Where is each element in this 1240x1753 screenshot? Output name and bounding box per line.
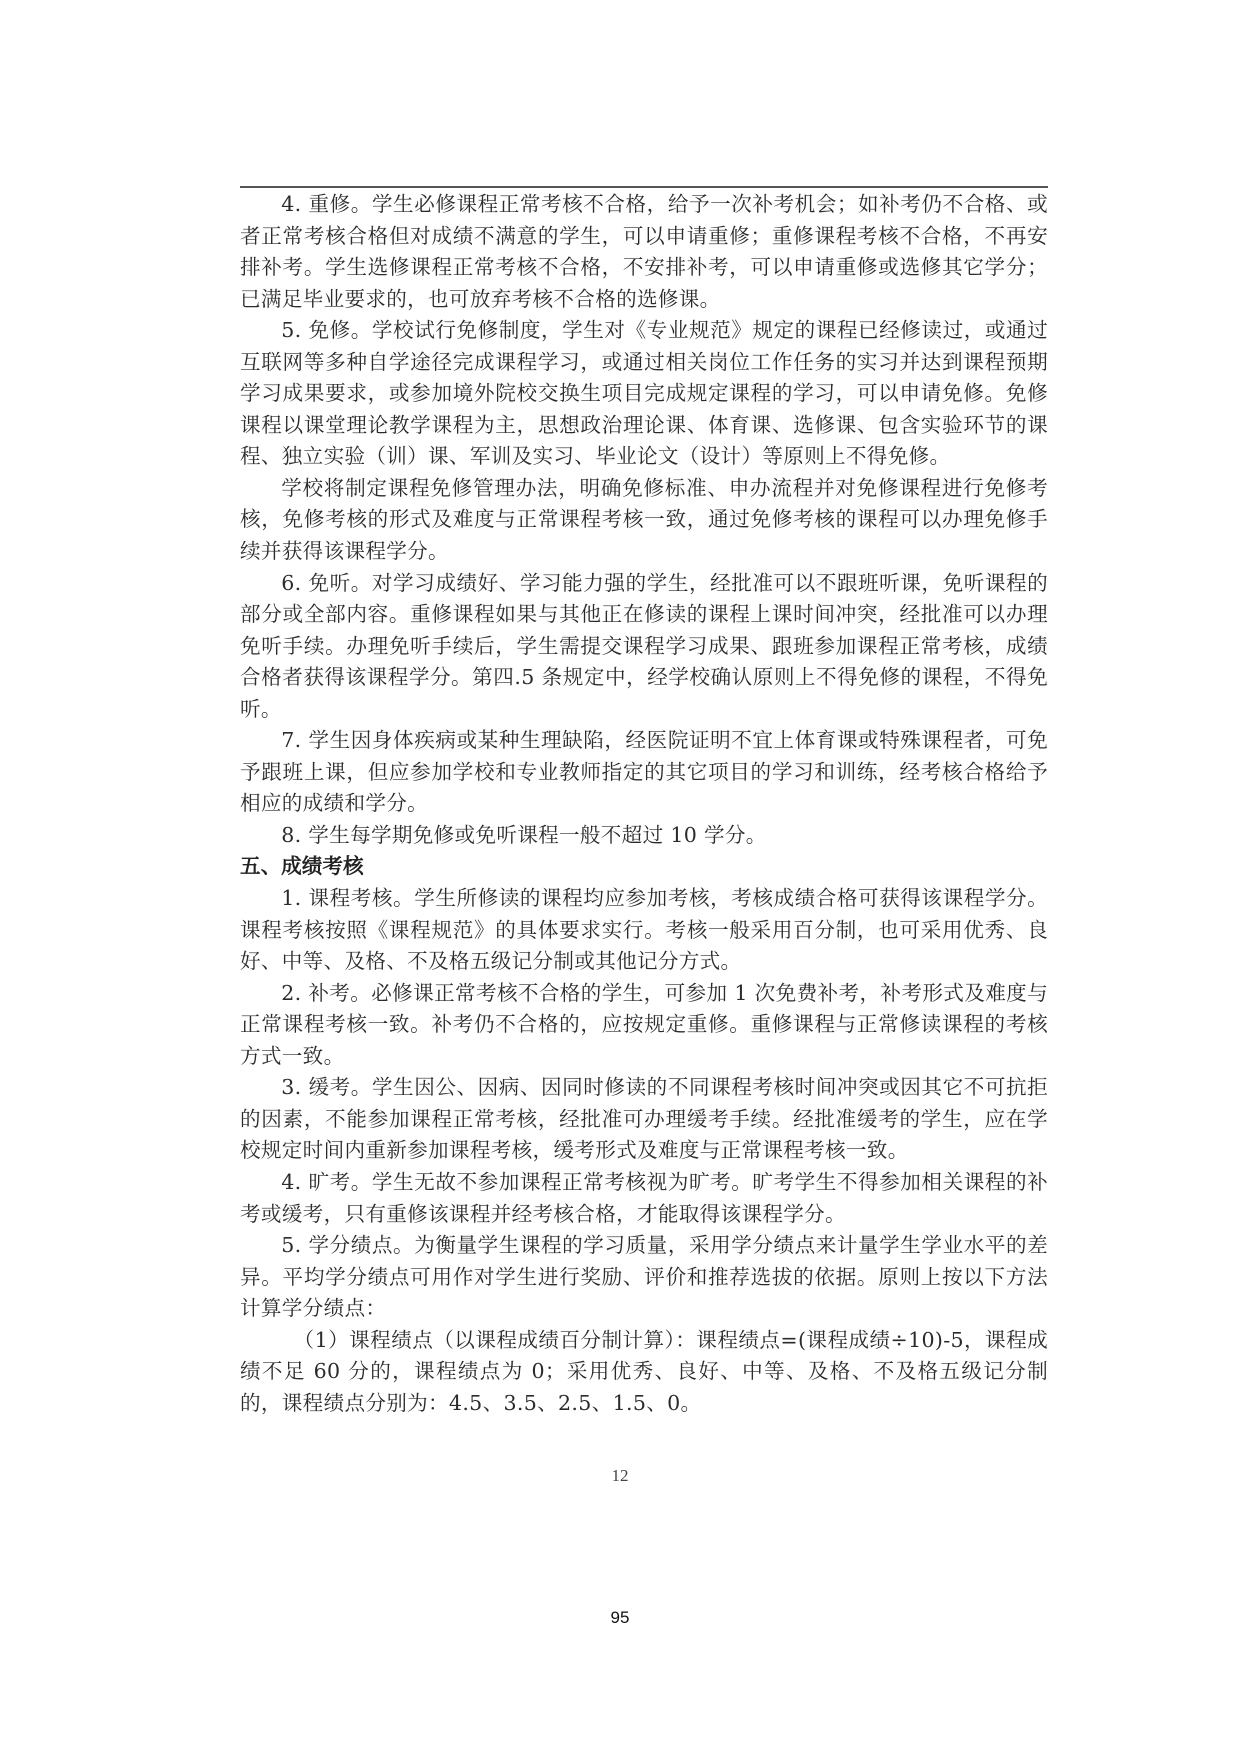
paragraph-course-assessment: 1. 课程考核。学生所修读的课程均应参加考核，考核成绩合格可获得该课程学分。课程… [240, 883, 1048, 978]
paragraph-grade-point: 5. 学分绩点。为衡量学生课程的学习质量，采用学分绩点来计量学生学业水平的差异。… [240, 1230, 1048, 1325]
header-rule [240, 186, 1048, 188]
paragraph-retake: 4. 重修。学生必修课程正常考核不合格，给予一次补考机会；如补考仍不合格、或者正… [240, 189, 1048, 315]
paragraph-exemption: 5. 免修。学校试行免修制度，学生对《专业规范》规定的课程已经修读过，或通过互联… [240, 315, 1048, 473]
paragraph-absent-exam: 4. 旷考。学生无故不参加课程正常考核视为旷考。旷考学生不得参加相关课程的补考或… [240, 1167, 1048, 1230]
section-heading-grade-assessment: 五、成绩考核 [240, 851, 1048, 883]
paragraph-credit-limit: 8. 学生每学期免修或免听课程一般不超过 10 学分。 [240, 820, 1048, 852]
paragraph-attendance-exemption: 6. 免听。对学习成绩好、学习能力强的学生，经批准可以不跟班听课，免听课程的部分… [240, 568, 1048, 726]
paragraph-exemption-management: 学校将制定课程免修管理办法，明确免修标准、申办流程并对免修课程进行免修考核，免修… [240, 473, 1048, 568]
paragraph-physical-condition: 7. 学生因身体疾病或某种生理缺陷，经医院证明不宜上体育课或特殊课程者，可免予跟… [240, 725, 1048, 820]
paragraph-deferred-exam: 3. 缓考。学生因公、因病、因同时修读的不同课程考核时间冲突或因其它不可抗拒的因… [240, 1072, 1048, 1167]
inner-page-number: 12 [0, 1466, 1240, 1486]
document-body: 4. 重修。学生必修课程正常考核不合格，给予一次补考机会；如补考仍不合格、或者正… [240, 189, 1048, 1419]
outer-page-number: 95 [0, 1608, 1240, 1628]
paragraph-course-grade-point-formula: （1）课程绩点（以课程成绩百分制计算）：课程绩点=(课程成绩÷10)-5，课程成… [240, 1325, 1048, 1420]
paragraph-makeup-exam: 2. 补考。必修课正常考核不合格的学生，可参加 1 次免费补考，补考形式及难度与… [240, 978, 1048, 1073]
